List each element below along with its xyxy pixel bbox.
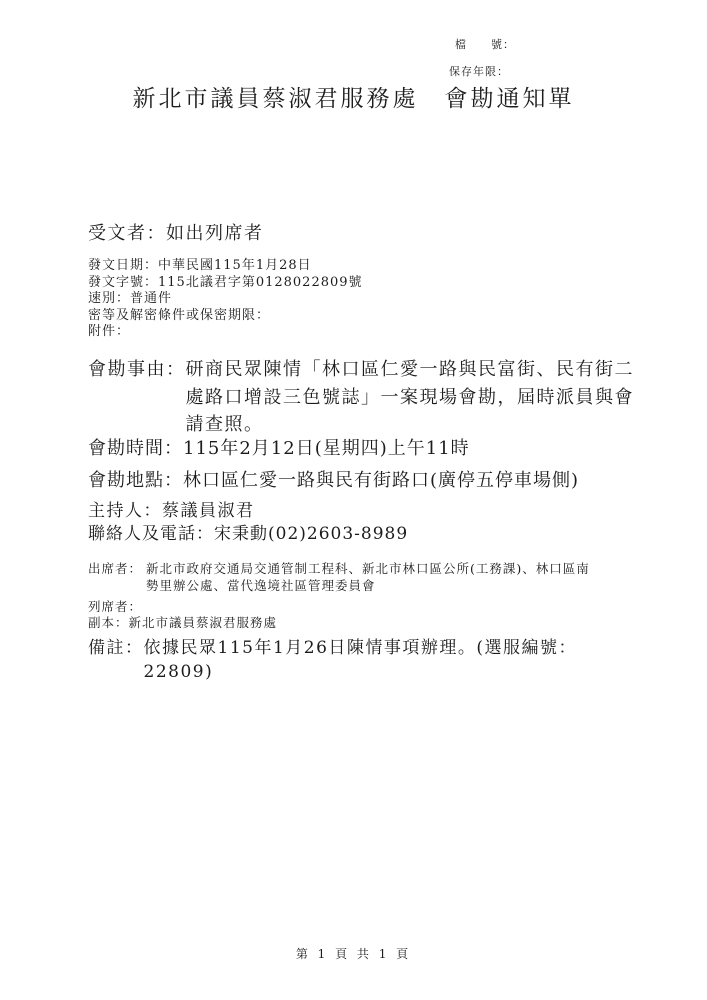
retention-period-label: 保存年限：: [449, 63, 509, 79]
inspection-place-line: 會勘地點：林口區仁愛一路與民有街路口(廣停五停車場側): [88, 466, 579, 492]
remarks-text: 依據民眾115年1月26日陳情事項辦理。(選服編號： 22809): [144, 636, 578, 684]
subject-label: 會勘事由：: [88, 356, 186, 439]
attendees-line-1: 新北市政府交通局交通管制工程科、新北市林口區公所(工務課)、林口區南: [146, 560, 590, 577]
inspection-subject-section: 會勘事由： 研商民眾陳情「林口區仁愛一路與民富街、民有街二 處路口增設三色號誌」…: [88, 356, 634, 439]
remarks-line-2: 22809): [144, 660, 578, 684]
attendees-text: 新北市政府交通局交通管制工程科、新北市林口區公所(工務課)、林口區南 勢里辦公處…: [146, 560, 590, 594]
attendees-section: 出席者： 新北市政府交通局交通管制工程科、新北市林口區公所(工務課)、林口區南 …: [88, 560, 590, 594]
carbon-copy-line: 副本：新北市議員蔡淑君服務處: [88, 613, 277, 631]
file-number-label: 檔 號：: [455, 36, 515, 52]
remarks-line-1: 依據民眾115年1月26日陳情事項辦理。(選服編號：: [144, 636, 578, 660]
remarks-section: 備註： 依據民眾115年1月26日陳情事項辦理。(選服編號： 22809): [88, 636, 577, 684]
contact-phone-line: 聯絡人及電話：宋秉動(02)2603-8989: [88, 519, 408, 544]
attendees-label: 出席者：: [88, 560, 142, 594]
issue-date-line: 發文日期：中華民國115年1月28日: [88, 258, 363, 275]
doc-number-line: 發文字號：115北議君字第0128022809號: [88, 275, 363, 292]
document-title: 新北市議員蔡淑君服務處 會勘通知單: [0, 80, 707, 113]
meta-block: 發文日期：中華民國115年1月28日 發文字號：115北議君字第01280228…: [88, 258, 363, 341]
inspection-time-line: 會勘時間：115年2月12日(星期四)上午11時: [88, 434, 470, 460]
attachment-line: 附件：: [88, 324, 363, 341]
recipient-line: 受文者：如出列席者: [88, 219, 264, 245]
subject-text: 研商民眾陳情「林口區仁愛一路與民富街、民有街二 處路口增設三色號誌」一案現場會勘…: [186, 356, 635, 439]
host-line: 主持人：蔡議員淑君: [88, 496, 255, 521]
speed-line: 速別：普通件: [88, 291, 363, 308]
subject-line-2: 處路口增設三色號誌」一案現場會勘，屆時派員與會: [186, 384, 635, 412]
remarks-label: 備註：: [88, 636, 144, 684]
document-page: 檔 號： 保存年限： 新北市議員蔡淑君服務處 會勘通知單 受文者：如出列席者 發…: [0, 0, 707, 1000]
subject-line-1: 研商民眾陳情「林口區仁愛一路與民富街、民有街二: [186, 356, 635, 384]
page-number-footer: 第 1 頁 共 1 頁: [0, 945, 707, 962]
attendees-line-2: 勢里辦公處、當代逸境社區管理委員會: [146, 577, 590, 594]
security-line: 密等及解密條件或保密期限：: [88, 308, 363, 325]
